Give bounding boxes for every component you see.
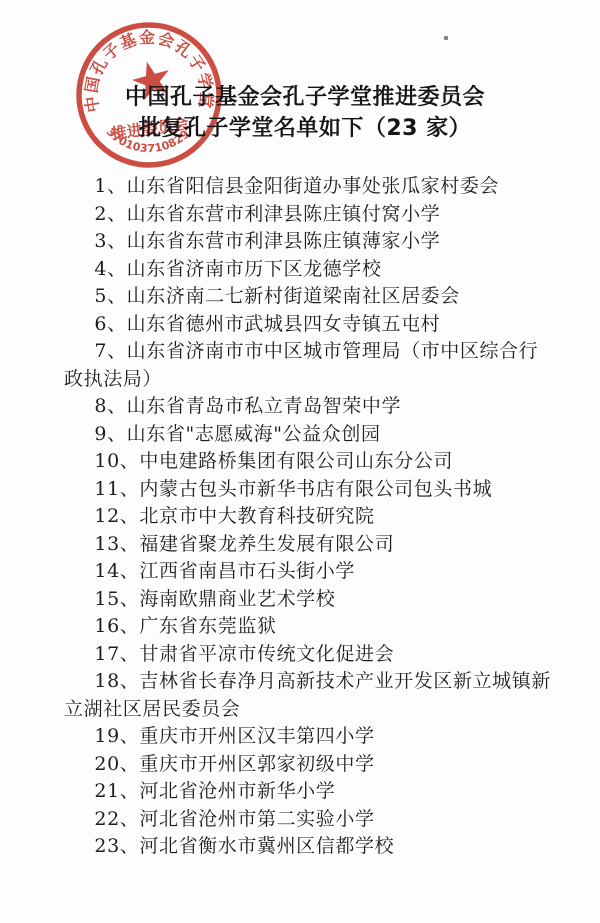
list-item: 17、甘肃省平凉市传统文化促进会 <box>64 641 554 669</box>
title-line-1: 中国孔子基金会孔子学堂推进委员会 <box>10 82 600 113</box>
scan-speck <box>444 36 448 40</box>
list-item: 18、吉林省长春净月高新技术产业开发区新立城镇新立湖社区居民委员会 <box>64 668 554 723</box>
list-item: 15、海南欧鼎商业艺术学校 <box>64 586 554 614</box>
list-item: 20、重庆市开州区郭家初级中学 <box>64 751 554 779</box>
list-item: 10、中电建路桥集团有限公司山东分公司 <box>64 448 554 476</box>
list-item: 16、广东省东莞监狱 <box>64 613 554 641</box>
list-item: 12、北京市中大教育科技研究院 <box>64 503 554 531</box>
list-item: 22、河北省沧州市第二实验小学 <box>64 806 554 834</box>
list-item: 8、山东省青岛市私立青岛智荣中学 <box>64 393 554 421</box>
list-item: 11、内蒙古包头市新华书店有限公司包头书城 <box>64 476 554 504</box>
list-item: 2、山东省东营市利津县陈庄镇付窝小学 <box>64 201 554 229</box>
list-item: 21、河北省沧州市新华小学 <box>64 778 554 806</box>
list-item: 7、山东省济南市市中区城市管理局（市中区综合行政执法局） <box>64 338 554 393</box>
list-item: 4、山东省济南市历下区龙德学校 <box>64 256 554 284</box>
list-item: 3、山东省东营市利津县陈庄镇薄家小学 <box>64 228 554 256</box>
scanned-document-page: 中国孔子基金会孔子学堂 推进委员会 370103710829 中国孔子基金会孔子… <box>0 0 600 923</box>
list-item: 9、山东省"志愿威海"公益众创园 <box>64 421 554 449</box>
approved-academies-list: 1、山东省阳信县金阳街道办事处张瓜家村委会2、山东省东营市利津县陈庄镇付窝小学3… <box>64 173 554 861</box>
list-item: 13、福建省聚龙养生发展有限公司 <box>64 531 554 559</box>
list-item: 23、河北省衡水市冀州区信都学校 <box>64 833 554 861</box>
list-item: 6、山东省德州市武城县四女寺镇五屯村 <box>64 311 554 339</box>
document-title: 中国孔子基金会孔子学堂推进委员会 批复孔子学堂名单如下（23 家） <box>10 82 600 144</box>
list-item: 5、山东济南二七新村街道梁南社区居委会 <box>64 283 554 311</box>
list-item: 1、山东省阳信县金阳街道办事处张瓜家村委会 <box>64 173 554 201</box>
title-line-2: 批复孔子学堂名单如下（23 家） <box>10 113 600 144</box>
list-item: 14、江西省南昌市石头街小学 <box>64 558 554 586</box>
list-item: 19、重庆市开州区汉丰第四小学 <box>64 723 554 751</box>
